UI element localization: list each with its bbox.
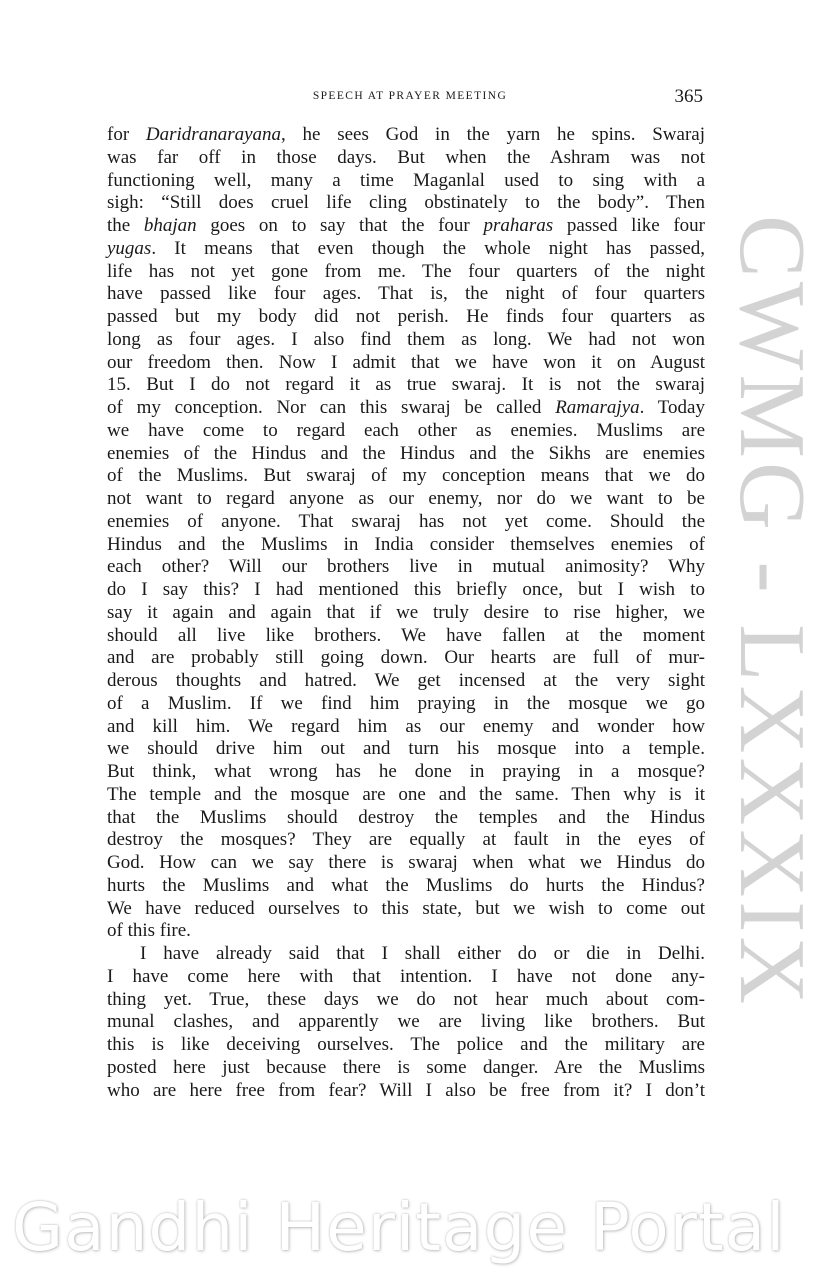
line-text: life has not yet gone from me. The four … [107,261,705,282]
line-text: . It means that even though the whole ni… [151,238,705,259]
line-text: of the Muslims. But swaraj of my concept… [107,465,705,486]
document-page: SPEECH AT PRAYER MEETING 365 for Daridra… [0,0,827,1272]
line-text: do I say this? I had mentioned this brie… [107,579,705,600]
text-line: But think, what wrong has he done in pra… [107,761,705,784]
text-line: We have reduced ourselves to this state,… [107,898,705,921]
line-text: our freedom then. Now I admit that we ha… [107,352,705,373]
line-text: for [107,124,146,145]
running-head: SPEECH AT PRAYER MEETING 365 [107,86,703,110]
text-line: should all live like brothers. We have f… [107,625,705,648]
line-text: munal clashes, and apparently we are liv… [107,1011,705,1032]
text-line: of this fire. [107,920,705,943]
line-text: goes on to say that the four [197,215,484,236]
text-line: of my conception. Nor can this swaraj be… [107,397,705,420]
text-line: thing yet. True, these days we do not he… [107,989,705,1012]
text-line: Hindus and the Muslims in India consider… [107,534,705,557]
line-text: But think, what wrong has he done in pra… [107,761,705,782]
text-line: we have come to regard each other as ene… [107,420,705,443]
text-line: say it again and again that if we truly … [107,602,705,625]
paragraph-start-line: I have already said that I shall either … [107,943,705,966]
line-text: functioning well, many a time Maganlal u… [107,170,705,191]
text-line: do I say this? I had mentioned this brie… [107,579,705,602]
line-text: of my conception. Nor can this swaraj be… [107,397,555,418]
text-line: destroy the mosques? They are equally at… [107,829,705,852]
line-text: enemies of anyone. That swaraj has not y… [107,511,705,532]
line-text: , he sees God in the yarn he spins. Swar… [281,124,705,145]
text-line: of a Muslim. If we find him praying in t… [107,693,705,716]
line-text: thing yet. True, these days we do not he… [107,989,705,1010]
line-text: of a Muslim. If we find him praying in t… [107,693,705,714]
line-text: posted here just because there is some d… [107,1057,705,1078]
text-line: who are here free from fear? Will I also… [107,1080,705,1103]
text-line: posted here just because there is some d… [107,1057,705,1080]
italic-term: Daridranarayana [146,124,281,145]
text-line: passed but my body did not perish. He fi… [107,306,705,329]
line-text: not want to regard anyone as our enemy, … [107,488,705,509]
line-text: passed but my body did not perish. He fi… [107,306,705,327]
line-text: we have come to regard each other as ene… [107,420,705,441]
line-text: I have already said that I shall either … [140,943,705,964]
text-line: I have come here with that intention. I … [107,966,705,989]
text-line: The temple and the mosque are one and th… [107,784,705,807]
italic-term: yugas [107,238,151,259]
line-text: that the Muslims should destroy the temp… [107,807,705,828]
line-text: We have reduced ourselves to this state,… [107,898,705,919]
line-text: have passed like four ages. That is, the… [107,283,705,304]
watermark-bottom: Gandhi Heritage Portal [12,1188,812,1268]
line-text: this is like deceiving ourselves. The po… [107,1034,705,1055]
line-text: God. How can we say there is swaraj when… [107,852,705,873]
text-line: yugas. It means that even though the who… [107,238,705,261]
italic-term: Ramarajya [555,397,639,418]
line-text: I have come here with that intention. I … [107,966,705,987]
text-line: God. How can we say there is swaraj when… [107,852,705,875]
line-text: . Today [640,397,705,418]
text-line: not want to regard anyone as our enemy, … [107,488,705,511]
text-line: have passed like four ages. That is, the… [107,283,705,306]
text-line: enemies of the Hindus and the Hindus and… [107,443,705,466]
text-line: of the Muslims. But swaraj of my concept… [107,465,705,488]
text-line: that the Muslims should destroy the temp… [107,807,705,830]
line-text: we should drive him out and turn his mos… [107,738,705,759]
line-text: hurts the Muslims and what the Muslims d… [107,875,705,896]
line-text: say it again and again that if we truly … [107,602,705,623]
line-text: The temple and the mosque are one and th… [107,784,705,805]
page-number: 365 [675,86,704,108]
text-line: we should drive him out and turn his mos… [107,738,705,761]
line-text: and kill him. We regard him as our enemy… [107,716,705,737]
line-text: 15. But I do not regard it as true swara… [107,374,705,395]
line-text: enemies of the Hindus and the Hindus and… [107,443,705,464]
line-text: sigh: “Still does cruel life cling obsti… [107,192,705,213]
line-text: Hindus and the Muslims in India consider… [107,534,705,555]
line-text: was far off in those days. But when the … [107,147,705,168]
text-line: life has not yet gone from me. The four … [107,261,705,284]
italic-term: praharas [483,215,553,236]
line-text: derous thoughts and hatred. We get incen… [107,670,705,691]
line-text: each other? Will our brothers live in mu… [107,556,705,577]
text-line: this is like deceiving ourselves. The po… [107,1034,705,1057]
line-text: the [107,215,144,236]
text-line: hurts the Muslims and what the Muslims d… [107,875,705,898]
watermark-vertical: CWMG - LXXXIX [732,215,812,1075]
line-text: and are probably still going down. Our h… [107,647,705,668]
line-text: of this fire. [107,920,191,941]
line-text: destroy the mosques? They are equally at… [107,829,705,850]
text-line: long as four ages. I also find them as l… [107,329,705,352]
text-line: enemies of anyone. That swaraj has not y… [107,511,705,534]
line-text: long as four ages. I also find them as l… [107,329,705,350]
text-line: sigh: “Still does cruel life cling obsti… [107,192,705,215]
text-line: functioning well, many a time Maganlal u… [107,170,705,193]
text-line: was far off in those days. But when the … [107,147,705,170]
text-line: our freedom then. Now I admit that we ha… [107,352,705,375]
text-line: munal clashes, and apparently we are liv… [107,1011,705,1034]
text-line: derous thoughts and hatred. We get incen… [107,670,705,693]
running-title: SPEECH AT PRAYER MEETING [107,90,703,102]
line-text: should all live like brothers. We have f… [107,625,705,646]
text-line: for Daridranarayana, he sees God in the … [107,124,705,147]
italic-term: bhajan [144,215,197,236]
text-line: the bhajan goes on to say that the four … [107,215,705,238]
body-text: for Daridranarayana, he sees God in the … [107,124,705,1102]
line-text: passed like four [553,215,705,236]
text-line: and are probably still going down. Our h… [107,647,705,670]
text-line: each other? Will our brothers live in mu… [107,556,705,579]
line-text: who are here free from fear? Will I also… [107,1080,705,1101]
text-line: and kill him. We regard him as our enemy… [107,716,705,739]
text-line: 15. But I do not regard it as true swara… [107,374,705,397]
